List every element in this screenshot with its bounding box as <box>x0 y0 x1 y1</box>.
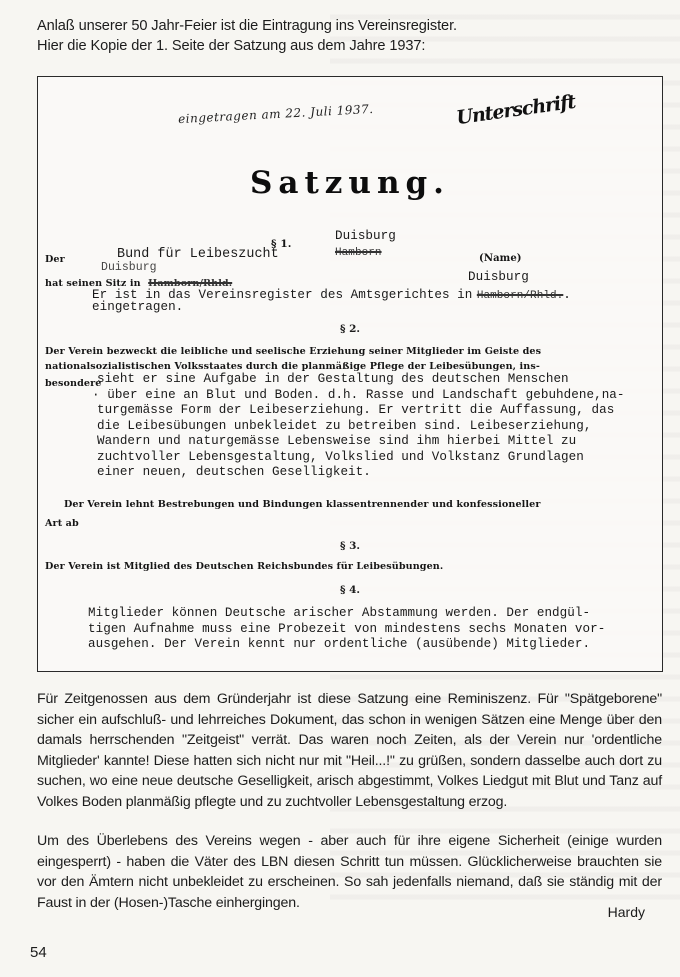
section-2-printed-end-2: Art ab <box>45 518 79 529</box>
typed-line: einer neuen, deutschen Geselligkeit. <box>97 465 625 481</box>
typed-line: turgemässe Form der Leibeserziehung. Er … <box>97 403 625 419</box>
section-2-heading: § 2. <box>38 323 662 335</box>
typed-line: sieht er sine Aufgabe in der Gestaltung … <box>97 372 625 388</box>
struck-place-1: Hamborn <box>335 247 382 259</box>
club-name: Bund für Leibeszucht <box>117 247 279 262</box>
typed-line: zuchtvoller Lebensgestaltung, Volkslied … <box>97 450 625 466</box>
document-title: Satzung. <box>38 165 662 201</box>
page-number: 54 <box>30 944 47 961</box>
statute-document-copy: eingetragen am 22. Juli 1937. Unterschri… <box>37 76 663 672</box>
author-signoff: Hardy <box>608 904 645 920</box>
name-label: (Name) <box>479 253 522 264</box>
section-2-printed-line-2: nationalsozialistischen Volksstaates dur… <box>45 361 540 372</box>
commentary-paragraph-2: Um des Überlebens des Vereins wegen - ab… <box>37 831 662 913</box>
signature: Unterschrift <box>455 91 576 129</box>
section-2-printed-end-1: Der Verein lehnt Bestrebungen und Bindun… <box>64 499 541 510</box>
inserted-place-2: Duisburg <box>468 270 529 284</box>
typed-line: tigen Aufnahme muss eine Probezeit von m… <box>88 622 605 638</box>
section-3-heading: § 3. <box>38 540 662 552</box>
section-2-typed-text: sieht er sine Aufgabe in der Gestaltung … <box>97 372 625 481</box>
section-1-der-label: Der <box>45 254 65 265</box>
section-2-printed-line-1: Der Verein bezweckt die leibliche und se… <box>45 346 541 357</box>
intro-line-2: Hier die Kopie der 1. Seite der Satzung … <box>37 36 657 56</box>
struck-place-3: Hamborn/Rhld. <box>477 290 563 302</box>
registration-note-handwritten: eingetragen am 22. Juli 1937. <box>178 102 374 126</box>
commentary-paragraph-1: Für Zeitgenossen aus dem Gründerjahr ist… <box>37 689 662 812</box>
typed-line: Mitglieder können Deutsche arischer Abst… <box>88 606 605 622</box>
section-3-text: Der Verein ist Mitglied des Deutschen Re… <box>45 561 443 572</box>
typed-line: Wandern und naturgemässe Lebensweise sin… <box>97 434 625 450</box>
section-4-typed-text: Mitglieder können Deutsche arischer Abst… <box>88 606 605 653</box>
intro: Anlaß unserer 50 Jahr-Feier ist die Eint… <box>37 16 657 56</box>
typed-line: · über eine an Blut und Boden. d.h. Rass… <box>92 388 625 404</box>
inserted-place-1: Duisburg <box>335 229 396 243</box>
typed-line: die Leibesübungen unbekleidet zu betreib… <box>97 419 625 435</box>
register-end: eingetragen. <box>92 300 183 314</box>
section-4-heading: § 4. <box>38 584 662 596</box>
typed-line: ausgehen. Der Verein kennt nur ordentlic… <box>88 637 605 653</box>
intro-line-1: Anlaß unserer 50 Jahr-Feier ist die Eint… <box>37 16 657 36</box>
